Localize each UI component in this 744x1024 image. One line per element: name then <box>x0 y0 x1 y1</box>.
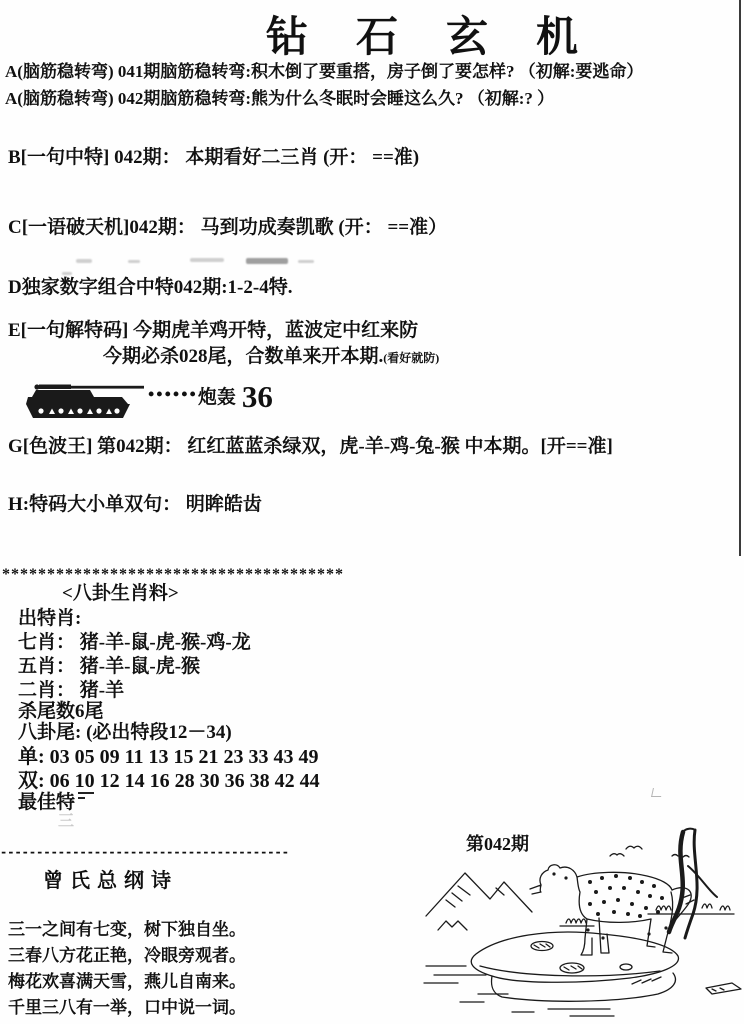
bagua-row-shawei: 杀尾数6尾 <box>18 701 104 723</box>
section-e-line2: 今期必杀028尾，合数单来开本期.(看好就防) <box>103 346 439 368</box>
erased-smudge <box>190 258 224 262</box>
tank-trail-dots: •••••• <box>148 384 198 405</box>
tank-banner: •••••• 炮轰 36 <box>24 376 273 429</box>
tank-icon <box>24 376 146 429</box>
bagua-row-wuxiao: 五肖： 猪-羊-鼠-虎-猴 <box>18 656 200 678</box>
section-g-line: G[色波王] 第042期： 红红蓝蓝杀绿双，虎-羊-鸡-兔-猴 中本期。[开==… <box>8 436 613 458</box>
section-c-line: C[一语破天机]042期： 马到功成奏凯歌 (开： ==准） <box>8 217 447 239</box>
poem-line: 三春八方花正艳，冷眼旁观者。 <box>8 946 246 966</box>
bagua-row-qixiao: 七肖： 猪-羊-鼠-虎-猴-鸡-龙 <box>18 632 251 654</box>
leopard-illustration <box>420 826 744 1024</box>
section-h-line: H:特码大小单双句： 明眸皓齿 <box>8 494 262 516</box>
bagua-row-zuijiate: 最佳特 <box>18 792 94 814</box>
erased-smudge <box>128 260 140 263</box>
bagua-row-chutexiao: 出特肖: <box>18 608 81 630</box>
poem-line: 千里三八有一举，口中说一词。 <box>8 998 246 1018</box>
bagua-row-odd-numbers: 单: 03 05 09 11 13 15 21 23 33 43 49 <box>18 746 319 769</box>
erased-smudge <box>62 272 72 275</box>
section-e-note: (看好就防) <box>383 351 439 365</box>
section-e-line2-text: 今期必杀028尾，合数单来开本期. <box>103 346 383 367</box>
section-a-line2: A(脑筋稳转弯) 042期脑筋稳转弯:熊为什么冬眠时会睡这么久? （初解:? ） <box>5 89 554 109</box>
bagua-row-erxiao: 二肖： 猪-羊 <box>18 680 124 702</box>
star-divider: ************************************** <box>2 566 344 584</box>
page-edge-rule <box>739 0 741 556</box>
page-title: 钻石玄机 <box>266 14 626 62</box>
bagua-row-even-numbers: 双: 06 10 12 14 16 28 30 36 38 42 44 <box>18 770 320 793</box>
erased-smudge <box>298 260 314 263</box>
section-a-line1: A(脑筋稳转弯) 041期脑筋稳转弯:积木倒了要重搭，房子倒了要怎样? （初解:… <box>5 62 643 82</box>
section-b-line: B[一句中特] 042期： 本期看好二三肖 (开： ==准) <box>8 147 419 169</box>
dashed-divider: ---------------------------------------- <box>0 846 289 860</box>
faint-ghost-char: 三 <box>58 813 74 831</box>
stray-mark <box>651 788 663 797</box>
section-e-line1: E[一句解特码] 今期虎羊鸡开特，蓝波定中红来防 <box>8 320 418 342</box>
section-d-line: D独家数字组合中特042期:1-2-4特. <box>8 277 292 299</box>
tank-banner-number: 36 <box>242 379 273 415</box>
poem-line: 梅花欢喜满天雪，燕儿自南来。 <box>8 972 246 992</box>
tip-sheet-page: 钻石玄机 A(脑筋稳转弯) 041期脑筋稳转弯:积木倒了要重搭，房子倒了要怎样?… <box>0 0 744 1024</box>
poem-heading: 曾氏总纲诗 <box>43 870 178 893</box>
bagua-header: <八卦生肖料> <box>62 583 179 605</box>
bagua-row-zuijiate-text: 最佳特 <box>18 792 75 813</box>
erased-smudge <box>76 259 92 263</box>
tank-banner-label: 炮轰 <box>198 382 236 409</box>
erased-character-mark <box>78 792 94 799</box>
erased-smudge <box>246 258 288 264</box>
poem-line: 三一之间有七变，树下独自坐。 <box>8 920 246 940</box>
bagua-row-baguawei: 八卦尾: (必出特段12－34) <box>18 722 232 744</box>
